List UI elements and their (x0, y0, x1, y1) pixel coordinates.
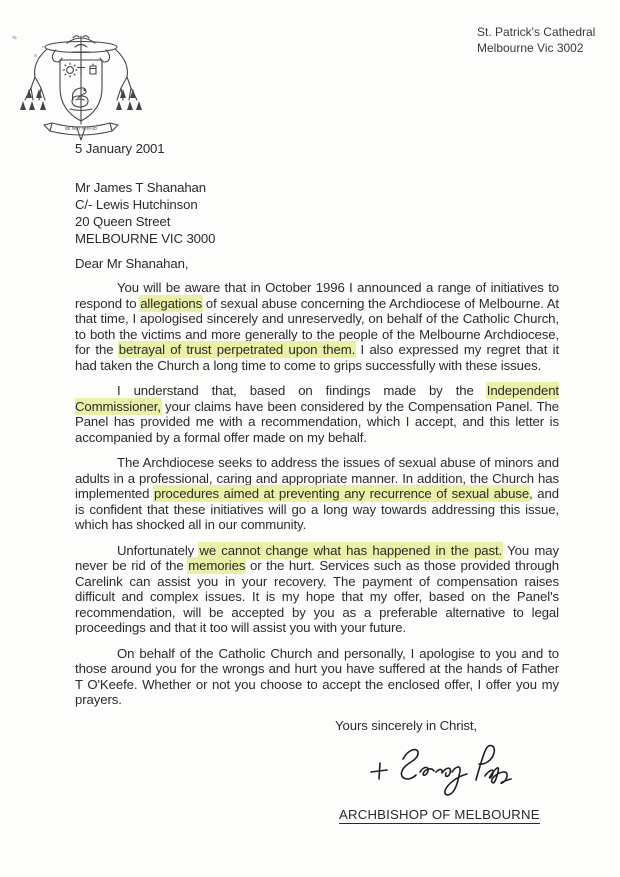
scanned-letter-page: BE NOT AFRAID St. Patrick's Cathedral Me… (0, 0, 620, 877)
valediction: Yours sincerely in Christ, (335, 718, 559, 734)
letter-paragraph: You will be aware that in October 1996 I… (75, 280, 559, 373)
body-text: Unfortunately (117, 543, 199, 558)
highlighted-text: memories (188, 558, 245, 573)
highlighted-text: allegations (140, 296, 202, 311)
recipient-care-of: C/- Lewis Hutchinson (75, 196, 559, 213)
letter-body: 5 January 2001 Mr James T Shanahan C/- L… (75, 141, 559, 824)
letter-paragraph: Unfortunately we cannot change what has … (75, 543, 559, 636)
letterhead-address: St. Patrick's Cathedral Melbourne Vic 30… (477, 25, 595, 56)
highlighted-text: betrayal of trust perpetrated upon them. (119, 342, 355, 357)
body-text: I understand that, based on findings mad… (117, 383, 487, 398)
letterhead-line1: St. Patrick's Cathedral (477, 25, 595, 41)
letter-date: 5 January 2001 (75, 141, 559, 157)
signatory-title: ARCHBISHOP OF MELBOURNE (339, 807, 540, 825)
highlighted-text: procedures aimed at preventing any recur… (154, 486, 529, 501)
archdiocese-crest-icon: BE NOT AFRAID (16, 28, 146, 146)
handwritten-signature (363, 739, 523, 801)
letter-paragraph: On behalf of the Catholic Church and per… (75, 646, 559, 708)
closing-block: Yours sincerely in Christ, ARCHBISHOP OF… (75, 718, 559, 825)
recipient-address-block: Mr James T Shanahan C/- Lewis Hutchinson… (75, 179, 559, 247)
salutation: Dear Mr Shanahan, (75, 256, 559, 272)
recipient-name: Mr James T Shanahan (75, 179, 559, 196)
letter-paragraph: I understand that, based on findings mad… (75, 383, 559, 445)
letter-paragraphs: You will be aware that in October 1996 I… (75, 280, 559, 708)
letter-paragraph: The Archdiocese seeks to address the iss… (75, 455, 559, 533)
body-text: On behalf of the Catholic Church and per… (75, 646, 559, 708)
letterhead-line2: Melbourne Vic 3002 (477, 41, 595, 57)
crest-motto: BE NOT AFRAID (65, 126, 97, 131)
recipient-street: 20 Queen Street (75, 213, 559, 230)
recipient-city: MELBOURNE VIC 3000 (75, 230, 559, 247)
highlighted-text: we cannot change what has happened in th… (199, 543, 502, 558)
